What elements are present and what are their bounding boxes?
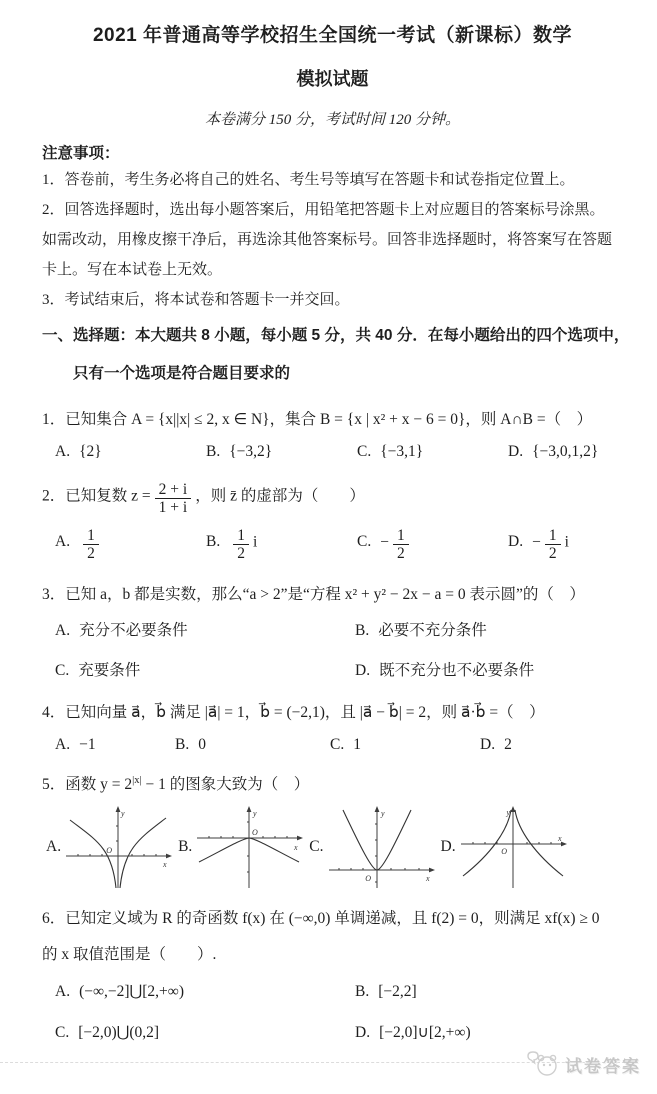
q6-option-b: B.[−2,2] [355, 983, 417, 1001]
graph-a-label: A. [46, 838, 61, 856]
q2-option-d: D.−12i [508, 527, 569, 563]
q4-option-c: C.1 [330, 736, 480, 754]
question-6-stem-line1: 6．已知定义域为 R 的奇函数 f(x) 在 (−∞,0) 单调递减，且 f(2… [42, 906, 623, 928]
q3-option-d: D.既不充分也不必要条件 [355, 658, 534, 680]
x-axis-label: x [425, 874, 430, 883]
q6-option-c: C.[−2,0)⋃(0,2] [55, 1023, 355, 1042]
graph-b-label: B. [178, 838, 192, 856]
graph-c-plot: O x y [325, 804, 437, 890]
x-axis-label: x [162, 860, 167, 869]
q1-option-a: A.{2} [55, 443, 206, 461]
fraction: 2 + i1 + i [155, 481, 192, 517]
q4-option-d: D.2 [480, 736, 512, 754]
graph-option-a: A. O x y [46, 804, 174, 890]
x-axis-label: x [293, 843, 298, 852]
fraction: 12 [233, 527, 249, 563]
option-text: {−3,0,1,2} [532, 443, 598, 460]
q1-option-d: D.{−3,0,1,2} [508, 443, 598, 461]
notice-line-3: 3．考试结束后，将本试卷和答题卡一并交回。 [42, 285, 623, 315]
graph-option-c: C. O x y [309, 804, 436, 890]
question-6-options-row1: A.(−∞,−2]⋃[2,+∞) B.[−2,2] [42, 982, 623, 1001]
q4-option-b: B.0 [175, 736, 330, 754]
question-5-graphs: A. O x y B. [42, 804, 623, 890]
page-title: 2021 年普通高等学校招生全国统一考试（新课标）数学 [42, 20, 623, 47]
notice-line-2: 2．回答选择题时，选出每小题答案后，用铅笔把答题卡上对应题目的答案标号涂黑。 [42, 195, 623, 225]
q6-option-a: A.(−∞,−2]⋃[2,+∞) [55, 982, 355, 1001]
origin-label: O [252, 828, 258, 837]
fraction: 12 [393, 527, 409, 563]
notice-line-2c: 卡上。写在本试卷上无效。 [42, 255, 623, 285]
q4-option-a: A.−1 [55, 736, 175, 754]
origin-label: O [365, 874, 371, 883]
question-2-stem: 2．已知复数 z =2 + i1 + i，则 z̄ 的虚部为（ ） [42, 481, 623, 517]
graph-d-plot: O x y [457, 804, 569, 890]
panda-chat-icon [526, 1050, 560, 1078]
q1-option-b: B.{−3,2} [206, 443, 357, 461]
y-axis-label: y [505, 808, 510, 817]
question-4-options: A.−1 B.0 C.1 D.2 [42, 736, 623, 754]
option-text: {−3,1} [380, 443, 423, 460]
question-3-stem: 3．已知 a，b 都是实数，那么“a > 2”是“方程 x² + y² − 2x… [42, 582, 623, 604]
question-3-options-row1: A.充分不必要条件 B.必要不充分条件 [42, 618, 623, 640]
y-axis-label: y [252, 809, 257, 818]
page-subtitle: 模拟试题 [42, 65, 623, 91]
notice-heading: 注意事项： [42, 141, 623, 163]
q3-option-b: B.必要不充分条件 [355, 618, 487, 640]
graph-option-d: D. O x y [441, 804, 569, 890]
section-heading-line1: 一、选择题：本大题共 8 小题，每小题 5 分，共 40 分．在每小题给出的四个… [42, 319, 623, 353]
option-text: {2} [79, 443, 102, 460]
watermark-text: 试卷答案 [565, 1052, 641, 1077]
exponent: |x| [132, 775, 141, 786]
graph-a-plot: O x y [62, 804, 174, 890]
exam-info: 本卷满分 150 分，考试时间 120 分钟。 [42, 108, 623, 129]
notice-line-1: 1．答卷前，考生务必将自己的姓名、考生号等填写在答题卡和试卷指定位置上。 [42, 165, 623, 195]
q3-option-c: C.充要条件 [55, 658, 355, 680]
y-axis-label: y [380, 809, 385, 818]
section-heading-line2: 只有一个选项是符合题目要求的 [42, 357, 623, 391]
watermark: 试卷答案 [526, 1050, 641, 1078]
q2-option-b: B.12i [206, 527, 357, 563]
option-text: {−3,2} [229, 443, 272, 460]
origin-label: O [106, 846, 112, 855]
fraction: 12 [545, 527, 561, 563]
question-4-stem: 4．已知向量 a⃗，b⃗ 满足 |a⃗| = 1，b⃗ = (−2,1)，且 |… [42, 700, 623, 722]
x-axis-label: x [557, 834, 562, 843]
question-6-stem-line2: 的 x 取值范围是（ ）. [42, 942, 623, 964]
q6-option-d: D.[−2,0]∪[2,+∞) [355, 1023, 471, 1042]
origin-label: O [501, 847, 507, 856]
question-2-options: A.12 B.12i C.−12 D.−12i [42, 527, 623, 563]
question-5-stem: 5．函数 y = 2|x| − 1 的图象大致为（ ） [42, 772, 623, 794]
question-1-options: A.{2} B.{−3,2} C.{−3,1} D.{−3,0,1,2} [42, 443, 623, 461]
y-axis-label: y [120, 809, 125, 818]
question-6-options-row2: C.[−2,0)⋃(0,2] D.[−2,0]∪[2,+∞) [42, 1023, 623, 1042]
graph-b-plot: O x y [193, 804, 305, 890]
fraction: 12 [83, 527, 99, 563]
exam-paper: 2021 年普通高等学校招生全国统一考试（新课标）数学 模拟试题 本卷满分 15… [0, 0, 657, 1042]
question-3-options-row2: C.充要条件 D.既不充分也不必要条件 [42, 658, 623, 680]
graph-c-label: C. [309, 838, 323, 856]
graph-option-b: B. O x y [178, 804, 305, 890]
question-1-stem: 1．已知集合 A = {x||x| ≤ 2, x ∈ N}，集合 B = {x … [42, 407, 623, 429]
graph-d-label: D. [441, 838, 456, 856]
q3-option-a: A.充分不必要条件 [55, 618, 355, 640]
notice-line-2b: 如需改动，用橡皮擦干净后，再选涂其他答案标号。回答非选择题时，将答案写在答题 [42, 225, 623, 255]
q1-option-c: C.{−3,1} [357, 443, 508, 461]
q2-option-c: C.−12 [357, 527, 508, 563]
q2-option-a: A.12 [55, 527, 206, 563]
